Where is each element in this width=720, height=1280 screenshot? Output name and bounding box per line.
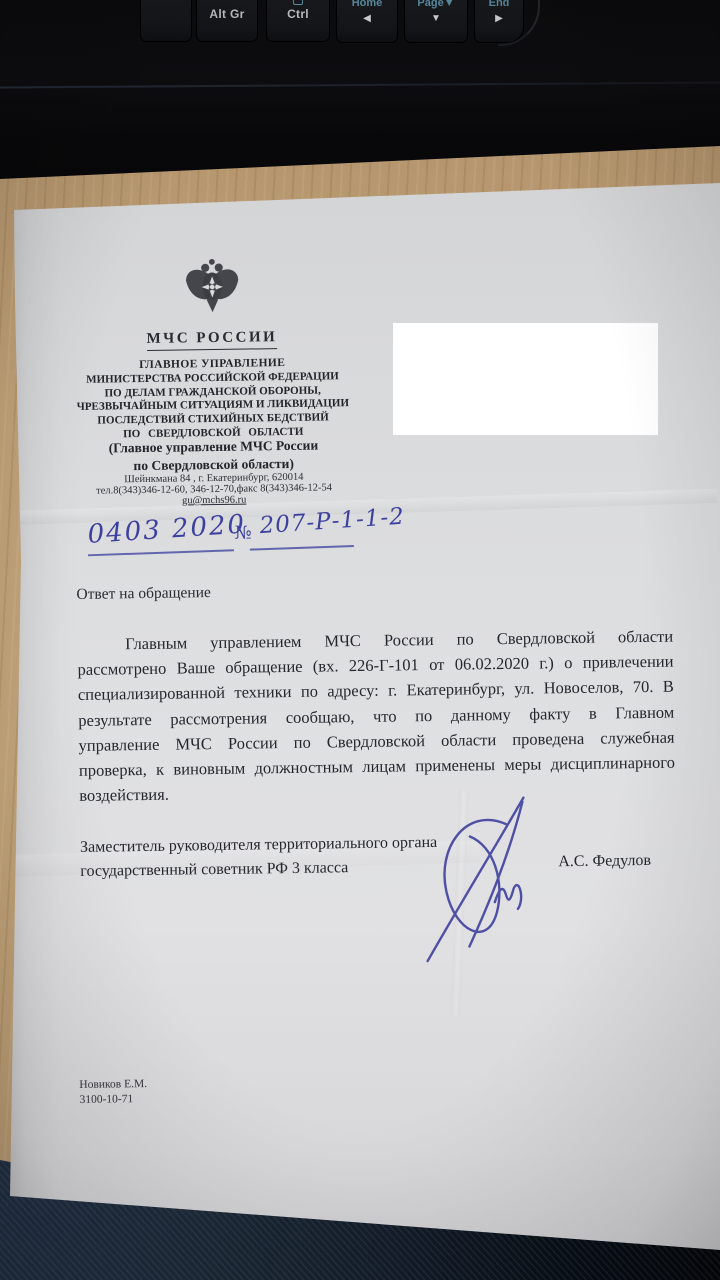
down-arrow-icon: ▼ (405, 13, 467, 24)
photo-scene: МЧС РОССИИ ГЛАВНОЕ УПРАВЛЕНИЕ МИНИСТЕРСТ… (0, 0, 720, 1280)
handwritten-number-sign: № (235, 522, 252, 543)
ctrl-key-icon (293, 0, 303, 5)
signer-name: А.С. Федулов (558, 852, 651, 871)
agency-name: МЧС РОССИИ (62, 327, 362, 352)
key-altgr-label: Alt Gr (197, 7, 257, 21)
signoff-rank: государственный советник РФ 3 класса (80, 859, 348, 881)
org-alt-name: (Главное управление МЧС России (58, 437, 368, 457)
key-down-pagedown: Page▼ ▼ (404, 0, 468, 43)
executor-name: Новиков Е.М. (79, 1078, 147, 1091)
key-ctrl-label: Ctrl (267, 7, 329, 21)
handwritten-reg-number: 207-Р-1-1-2 (259, 504, 406, 540)
handwritten-underline (250, 545, 354, 551)
handwritten-date: 0403 2020 (87, 509, 247, 549)
key-pagedown-label: Page▼ (405, 0, 467, 9)
key-altgr: Alt Gr (196, 0, 258, 42)
letter-body: Главным управлением МЧС России по Свердл… (77, 624, 675, 809)
signature-ink (409, 784, 537, 971)
mchs-emblem-icon (184, 254, 241, 319)
key-home-label: Home (337, 0, 397, 9)
executor-phone: 3100-10-71 (79, 1093, 133, 1106)
letterhead-block: ГЛАВНОЕ УПРАВЛЕНИЕ МИНИСТЕРСТВА РОССИЙСК… (57, 356, 368, 443)
handwritten-underline (88, 549, 234, 556)
left-arrow-icon: ◀ (337, 13, 397, 24)
redaction-box (393, 323, 658, 435)
letter-subject: Ответ на обращение (76, 584, 211, 604)
key-left-home: Home ◀ (336, 0, 398, 43)
keyboard-bezel-edge (498, 0, 540, 46)
keyboard-front-edge (0, 81, 720, 88)
key-ctrl: Ctrl (266, 0, 330, 42)
signoff-title: Заместитель руководителя территориальног… (80, 834, 437, 857)
key-partial (140, 0, 192, 42)
